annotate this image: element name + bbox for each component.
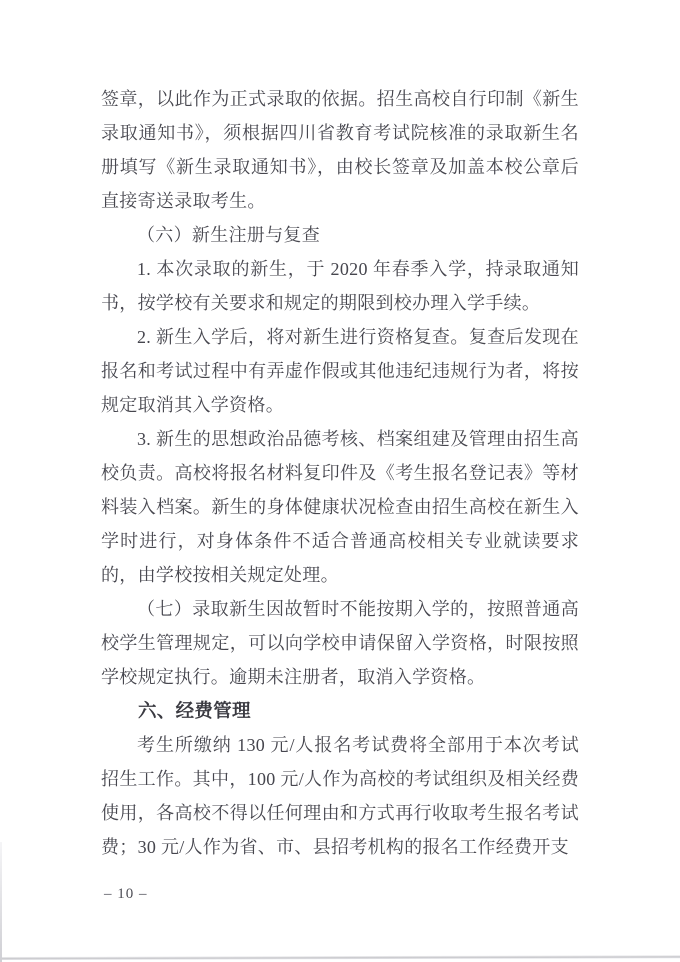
paragraph-exam-fee-allocation: 考生所缴纳 130 元/人报名考试费将全部用于本次考试招生工作。其中，100 元… — [101, 728, 579, 864]
subsection-paragraph-deferred-enrollment: （七）录取新生因故暂时不能按期入学的，按照普通高校学生管理规定，可以向学校申请保… — [101, 592, 579, 694]
paragraph-admission-notice-continuation: 签章，以此作为正式录取的依据。招生高校自行印制《新生录取通知书》，须根据四川省教… — [101, 82, 579, 218]
document-body: 签章，以此作为正式录取的依据。招生高校自行印制《新生录取通知书》，须根据四川省教… — [101, 82, 579, 864]
section-heading-funds-management: 六、经费管理 — [101, 694, 579, 728]
scan-edge-left — [0, 842, 2, 962]
scan-edge-bottom — [0, 955, 680, 960]
subsection-heading-new-student-registration: （六）新生注册与复查 — [101, 218, 579, 252]
document-page: 签章，以此作为正式录取的依据。招生高校自行印制《新生录取通知书》，须根据四川省教… — [0, 0, 680, 962]
numbered-item-1-enrollment-spring-2020: 1. 本次录取的新生，于 2020 年春季入学，持录取通知书，按学校有关要求和规… — [101, 252, 579, 320]
numbered-item-3-archives-health-check: 3. 新生的思想政治品德考核、档案组建及管理由招生高校负责。高校将报名材料复印件… — [101, 422, 579, 592]
numbered-item-2-qualification-recheck: 2. 新生入学后，将对新生进行资格复查。复查后发现在报名和考试过程中有弄虚作假或… — [101, 320, 579, 422]
page-number: – 10 – — [104, 886, 148, 903]
